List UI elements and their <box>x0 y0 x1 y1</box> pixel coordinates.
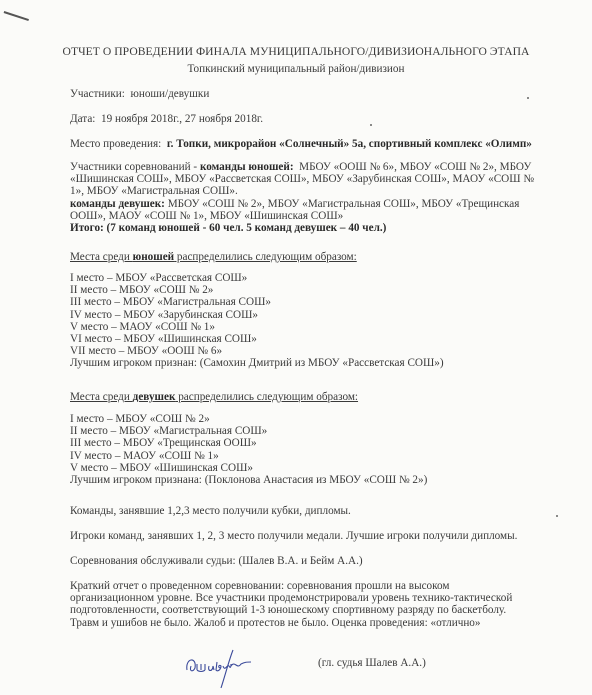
boys-results-heading: Места среди юношей распределились следую… <box>70 251 357 263</box>
list-item: Краткий отчет о проведенном соревновании… <box>70 580 512 592</box>
date-line: Дата: 19 ноября 2018г., 27 ноября 2018г. <box>70 113 263 126</box>
teams-total: Итого: (7 команд юношей - 60 чел. 5 кома… <box>70 222 534 234</box>
date-value: 19 ноября 2018г., 27 ноября 2018г. <box>101 113 263 125</box>
girls-teams-list: МБОУ «СОШ № 2», МБОУ «Магистральная СОШ»… <box>168 198 520 210</box>
heading-text: Места среди <box>70 251 133 263</box>
heading-bold: юношей <box>133 251 174 263</box>
girls-results-heading: Места среди девушек распределились следу… <box>70 391 358 403</box>
list-item: Травм и ушибов не было. Жалоб и протесто… <box>70 617 512 629</box>
participants-line: Участники: юноши/девушки <box>70 88 209 101</box>
pen-mark <box>4 11 29 20</box>
boys-teams-list-cont: «Шишинская СОШ», МБОУ «Рассветская СОШ»,… <box>70 173 534 185</box>
list-item: VII место – МБОУ «ООШ № 6» <box>70 345 444 357</box>
list-item: подготовленности, соответствующий 1-3 юн… <box>70 604 512 616</box>
venue-label: Место проведения: <box>70 138 161 150</box>
boys-teams-list: МБОУ «ООШ № 6», МБОУ «СОШ № 2», МБОУ <box>299 161 531 173</box>
list-item: III место – МБОУ «Трещинская ООШ» <box>70 437 427 449</box>
girls-teams-list-cont: ООШ», МАОУ «СОШ № 1», МБОУ «Шишинская СО… <box>70 210 534 222</box>
referees-line: Соревнования обслуживали судьи: (Шалев В… <box>70 555 363 568</box>
scan-speck <box>556 515 558 517</box>
scan-speck <box>527 97 529 99</box>
awards-players: Игроки команд, занявших 1, 2, 3 место по… <box>70 530 517 543</box>
list-item: III место – МБОУ «Магистральная СОШ» <box>70 296 444 308</box>
list-item: V место – МБОУ «Шишинская СОШ» <box>70 462 427 474</box>
list-item: I место – МБОУ «Рассветская СОШ» <box>70 272 444 284</box>
teams-section: Участники соревнований - команды юношей:… <box>70 161 534 234</box>
teams-intro: Участники соревнований - <box>70 161 200 173</box>
heading-text: Места среди <box>70 391 133 403</box>
girls-results-list: I место – МБОУ «СОШ № 2»II место – МБОУ … <box>70 413 427 486</box>
document-subtitle: Топкинский муниципальный район/дивизион <box>0 63 592 76</box>
venue-value: г. Топки, микрорайон «Солнечный» 5а, спо… <box>167 138 532 150</box>
list-item: IV место – МАОУ «СОШ № 1» <box>70 450 427 462</box>
list-item: I место – МБОУ «СОШ № 2» <box>70 413 427 425</box>
list-item: организационном уровне. Все участники пр… <box>70 592 512 604</box>
list-item: VI место – МБОУ «Шишинская СОШ» <box>70 333 444 345</box>
best-player: Лучшим игроком признана: (Поклонова Анас… <box>70 474 427 486</box>
venue-line: Место проведения: г. Топки, микрорайон «… <box>70 138 532 151</box>
heading-text-end: распределились следующим образом: <box>174 251 357 263</box>
summary-section: Краткий отчет о проведенном соревновании… <box>70 580 512 629</box>
boys-teams-label: команды юношей: <box>200 161 294 173</box>
boys-results-list: I место – МБОУ «Рассветская СОШ»II место… <box>70 272 444 370</box>
participants-label: Участники: <box>70 88 125 100</box>
list-item: IV место – МБОУ «Зарубинская СОШ» <box>70 309 444 321</box>
list-item: V место – МАОУ «СОШ № 1» <box>70 321 444 333</box>
best-player: Лучшим игроком признан: (Самохин Дмитрий… <box>70 357 444 369</box>
document-title: ОТЧЕТ О ПРОВЕДЕНИИ ФИНАЛА МУНИЦИПАЛЬНОГО… <box>0 45 592 58</box>
date-label: Дата: <box>70 113 95 125</box>
heading-bold: девушек <box>133 391 176 403</box>
awards-teams: Команды, занявшие 1,2,3 место получили к… <box>70 505 351 518</box>
signature-caption: (гл. судья Шалев А.А.) <box>318 657 426 669</box>
list-item: II место – МБОУ «Магистральная СОШ» <box>70 425 427 437</box>
participants-value: юноши/девушки <box>130 88 209 100</box>
list-item: II место – МБОУ «СОШ № 2» <box>70 284 444 296</box>
heading-text-end: распределились следующим образом: <box>175 391 358 403</box>
scanned-document-page: ОТЧЕТ О ПРОВЕДЕНИИ ФИНАЛА МУНИЦИПАЛЬНОГО… <box>0 0 592 695</box>
signature-icon <box>183 646 253 690</box>
girls-teams-label: команды девушек: <box>70 198 165 210</box>
scan-speck <box>370 124 372 126</box>
boys-teams-list-end: 1», МБОУ «Магистральная СОШ». <box>70 185 534 197</box>
